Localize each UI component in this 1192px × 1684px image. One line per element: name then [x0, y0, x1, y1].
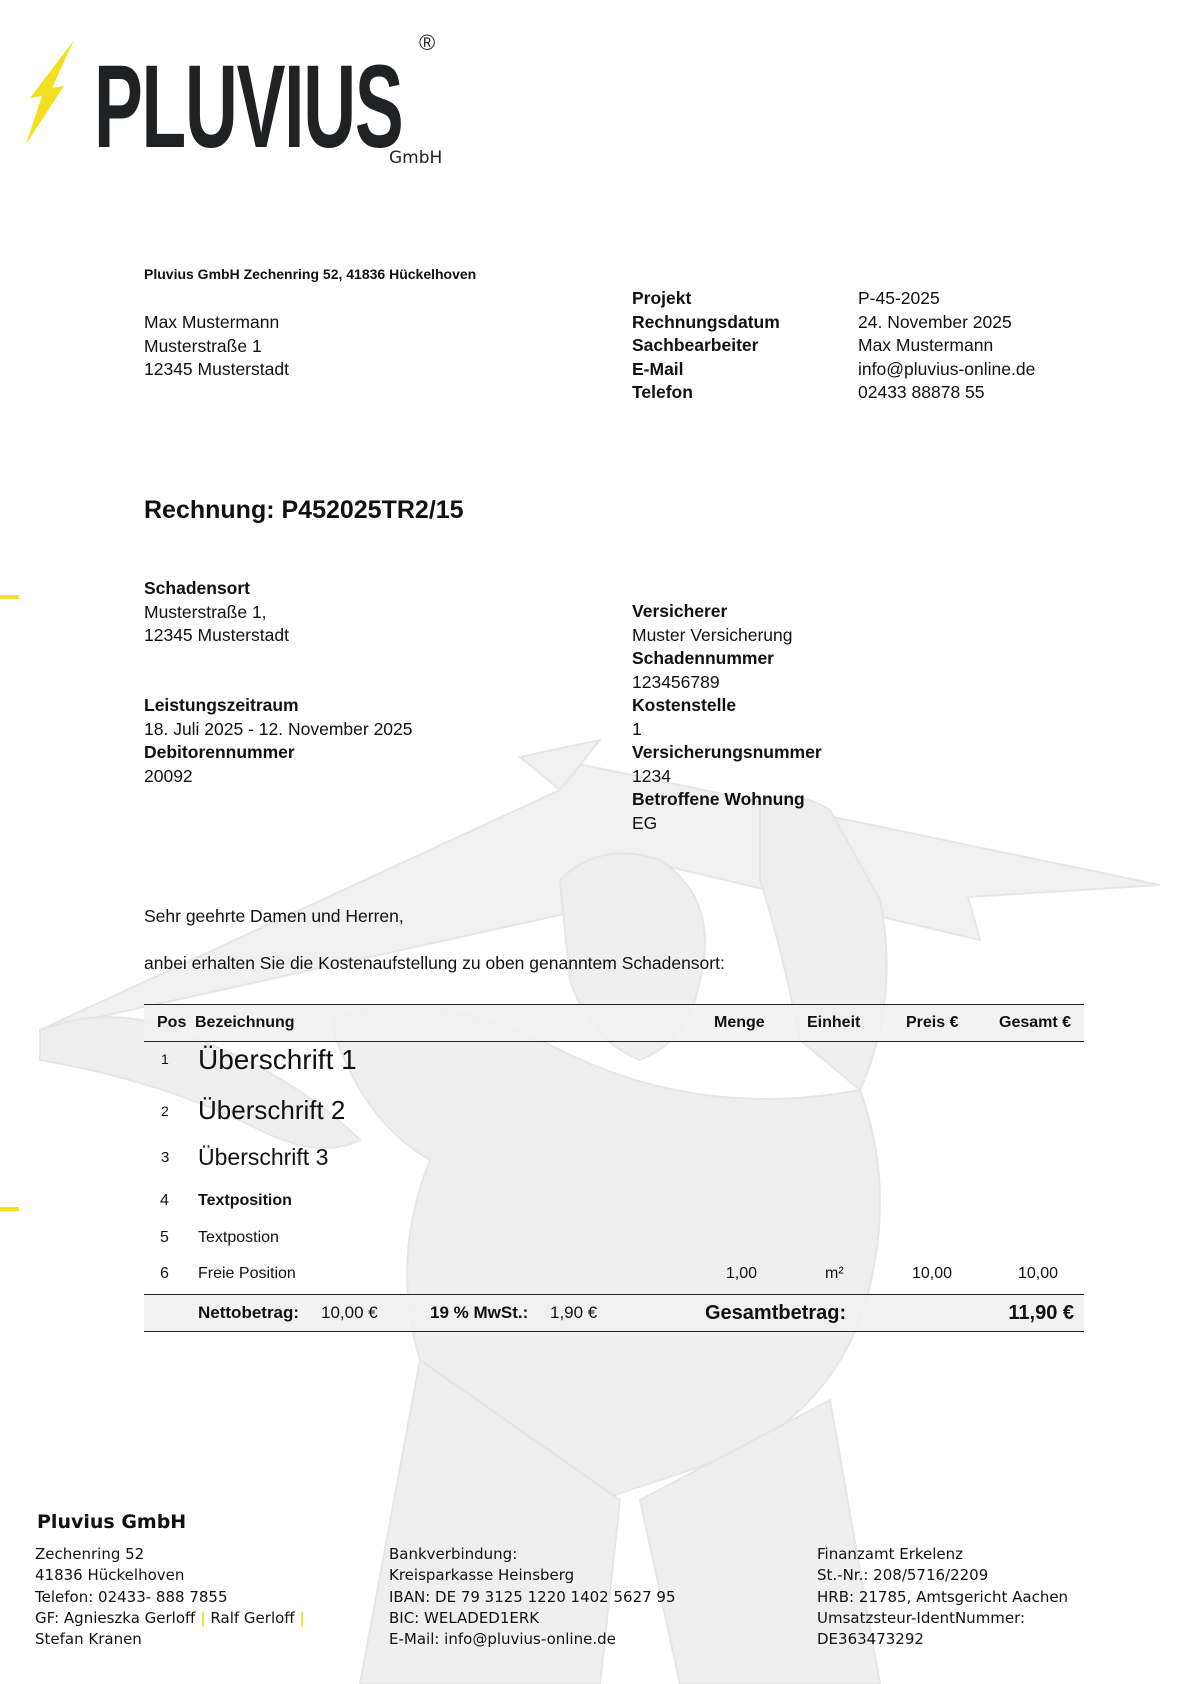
col-gesamt: Gesamt € — [999, 1014, 1071, 1032]
separator: | — [299, 1609, 304, 1627]
fold-mark-bottom — [0, 1207, 19, 1211]
kostenstelle-label: Kostenstelle — [632, 694, 822, 718]
vat-id-value: DE363473292 — [817, 1629, 1068, 1650]
logo-suffix: GmbH — [389, 148, 442, 168]
mwst-value: 1,90 € — [550, 1303, 597, 1323]
schadensort-line2: 12345 Musterstadt — [144, 624, 289, 648]
row-pos: 2 — [161, 1103, 169, 1119]
meta-value: P-45-2025 — [858, 287, 940, 311]
meta-label: Rechnungsdatum — [632, 311, 858, 335]
meta-row-sachbearbeiter: SachbearbeiterMax Mustermann — [632, 334, 1035, 358]
debitorennummer-value: 20092 — [144, 765, 413, 789]
kostenstelle-value: 1 — [632, 718, 822, 742]
gesamtbetrag-value: 11,90 € — [1008, 1302, 1074, 1325]
row-bezeichnung: Textpostion — [198, 1229, 279, 1247]
recipient-name: Max Mustermann — [144, 311, 289, 335]
col-pos: Pos — [157, 1014, 186, 1032]
meta-value: 24. November 2025 — [858, 311, 1012, 335]
footer-company: Pluvius GmbH — [37, 1511, 186, 1533]
items-table: Pos Bezeichnung Menge Einheit Preis € Ge… — [144, 1004, 1084, 1042]
table-totals: Nettobetrag: 10,00 € 19 % MwSt.: 1,90 € … — [144, 1294, 1084, 1332]
intro-text: anbei erhalten Sie die Kostenaufstellung… — [144, 953, 725, 974]
lightning-bolt-icon — [22, 36, 82, 146]
footer-street: Zechenring 52 — [35, 1544, 305, 1565]
versicherungsnummer-label: Versicherungsnummer — [632, 741, 822, 765]
mwst-label: 19 % MwSt.: — [430, 1303, 528, 1323]
row-gesamt: 10,00 — [1018, 1265, 1058, 1283]
leistungszeitraum-value: 18. Juli 2025 - 12. November 2025 — [144, 718, 413, 742]
footer-address: Zechenring 52 41836 Hückelhoven Telefon:… — [35, 1544, 305, 1650]
col-bezeichnung: Bezeichnung — [195, 1014, 295, 1032]
meta-label: Sachbearbeiter — [632, 334, 858, 358]
invoice-meta: ProjektP-45-2025 Rechnungsdatum24. Novem… — [632, 287, 1035, 405]
col-einheit: Einheit — [807, 1014, 860, 1032]
versicherer-value: Muster Versicherung — [632, 624, 822, 648]
row-preis: 10,00 — [912, 1265, 952, 1283]
leistung-block: Leistungszeitraum 18. Juli 2025 - 12. No… — [144, 694, 413, 788]
row-pos: 6 — [160, 1265, 169, 1283]
salutation: Sehr geehrte Damen und Herren, — [144, 906, 404, 927]
footer-city: 41836 Hückelhoven — [35, 1565, 305, 1586]
sender-line: Pluvius GmbH Zechenring 52, 41836 Hückel… — [144, 266, 476, 282]
manager-2: Ralf Gerloff — [210, 1609, 294, 1627]
separator: | — [200, 1609, 205, 1627]
meta-label: Projekt — [632, 287, 858, 311]
recipient-address: Max Mustermann Musterstraße 1 12345 Must… — [144, 311, 289, 382]
footer-tax: Finanzamt Erkelenz St.-Nr.: 208/5716/220… — [817, 1544, 1068, 1650]
manager-1: GF: Agnieszka Gerloff — [35, 1609, 195, 1627]
meta-label: Telefon — [632, 381, 858, 405]
debitorennummer-label: Debitorennummer — [144, 741, 413, 765]
footer-phone: Telefon: 02433- 888 7855 — [35, 1587, 305, 1608]
recipient-city: 12345 Musterstadt — [144, 358, 289, 382]
meta-row-rechnungsdatum: Rechnungsdatum24. November 2025 — [632, 311, 1035, 335]
footer-managers: GF: Agnieszka Gerloff | Ralf Gerloff | — [35, 1608, 305, 1629]
bank-bic: BIC: WELADED1ERK — [389, 1608, 676, 1629]
row-pos: 4 — [160, 1192, 169, 1210]
row-bezeichnung: Überschrift 2 — [198, 1095, 345, 1126]
manager-3: Stefan Kranen — [35, 1629, 305, 1650]
fold-mark-top — [0, 595, 19, 599]
row-bezeichnung: Überschrift 3 — [198, 1144, 328, 1171]
meta-value: Max Mustermann — [858, 334, 993, 358]
meta-row-telefon: Telefon02433 88878 55 — [632, 381, 1035, 405]
col-menge: Menge — [714, 1014, 765, 1032]
col-preis: Preis € — [906, 1014, 958, 1032]
leistungszeitraum-label: Leistungszeitraum — [144, 694, 413, 718]
wohnung-value: EG — [632, 812, 822, 836]
hrb: HRB: 21785, Amtsgericht Aachen — [817, 1587, 1068, 1608]
row-bezeichnung: Textposition — [198, 1192, 292, 1210]
tax-number: St.-Nr.: 208/5716/2209 — [817, 1565, 1068, 1586]
wohnung-label: Betroffene Wohnung — [632, 788, 822, 812]
vat-id-label: Umsatzsteur-IdentNummer: — [817, 1608, 1068, 1629]
row-bezeichnung: Freie Position — [198, 1265, 296, 1283]
bank-name: Kreisparkasse Heinsberg — [389, 1565, 676, 1586]
tax-office: Finanzamt Erkelenz — [817, 1544, 1068, 1565]
schadensort-label: Schadensort — [144, 577, 289, 601]
footer-email[interactable]: E-Mail: info@pluvius-online.de — [389, 1629, 676, 1650]
bank-label: Bankverbindung: — [389, 1544, 676, 1565]
row-bezeichnung: Überschrift 1 — [198, 1044, 357, 1076]
row-menge: 1,00 — [726, 1265, 757, 1283]
meta-value[interactable]: info@pluvius-online.de — [858, 358, 1035, 382]
netto-value: 10,00 € — [321, 1303, 378, 1323]
schadennummer-value: 123456789 — [632, 671, 822, 695]
invoice-title: Rechnung: P452025TR2/15 — [144, 496, 464, 525]
meta-label: E-Mail — [632, 358, 858, 382]
schadennummer-label: Schadennummer — [632, 647, 822, 671]
netto-label: Nettobetrag: — [198, 1303, 299, 1323]
schadensort-line1: Musterstraße 1, — [144, 601, 289, 625]
company-logo: PLUVIUS ® GmbH — [22, 30, 452, 170]
schadensort-block: Schadensort Musterstraße 1, 12345 Muster… — [144, 577, 289, 648]
versicherungsnummer-value: 1234 — [632, 765, 822, 789]
insurance-block: Versicherer Muster Versicherung Schadenn… — [632, 600, 822, 835]
meta-row-email: E-Mailinfo@pluvius-online.de — [632, 358, 1035, 382]
gesamtbetrag-label: Gesamtbetrag: — [705, 1302, 846, 1325]
table-header: Pos Bezeichnung Menge Einheit Preis € Ge… — [144, 1004, 1084, 1042]
logo-wordmark: PLUVIUS — [94, 48, 402, 166]
row-pos: 3 — [161, 1149, 169, 1166]
row-pos: 1 — [161, 1051, 169, 1067]
meta-value: 02433 88878 55 — [858, 381, 985, 405]
footer-bank: Bankverbindung: Kreisparkasse Heinsberg … — [389, 1544, 676, 1650]
registered-mark: ® — [419, 30, 435, 56]
bank-iban: IBAN: DE 79 3125 1220 1402 5627 95 — [389, 1587, 676, 1608]
meta-row-projekt: ProjektP-45-2025 — [632, 287, 1035, 311]
recipient-street: Musterstraße 1 — [144, 335, 289, 359]
row-pos: 5 — [160, 1229, 169, 1247]
versicherer-label: Versicherer — [632, 600, 822, 624]
row-einheit: m² — [825, 1265, 844, 1283]
